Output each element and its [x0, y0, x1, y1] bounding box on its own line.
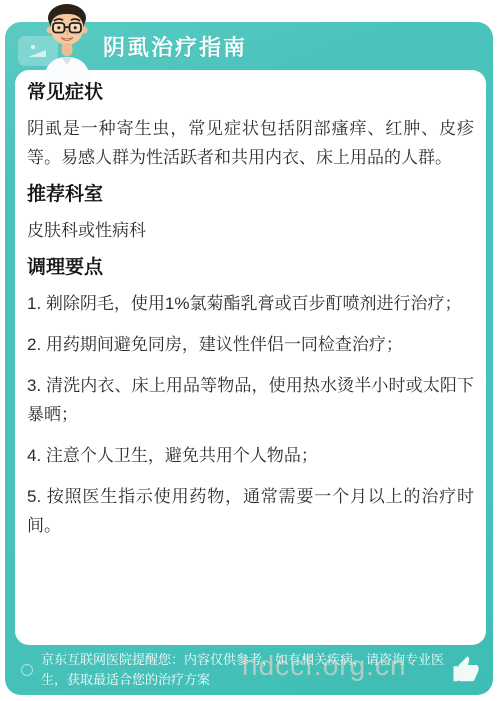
care-point-item: 2. 用药期间避免同房，建议性伴侣一同检查治疗；: [27, 330, 474, 359]
care-point-item: 1. 剃除阴毛，使用1%氯菊酯乳膏或百步酊喷剂进行治疗；: [27, 289, 474, 318]
page-title: 阴虱治疗指南: [103, 31, 247, 62]
care-point-item: 4. 注意个人卫生，避免共用个人物品；: [27, 441, 474, 470]
health-guide-poster: 阴虱治疗指南 常见症状 阴虱是一种寄生虫，常见症状包括阴部瘙痒、红肿、皮疹等。易…: [0, 0, 500, 701]
section-heading-care-points: 调理要点: [27, 257, 474, 279]
disclaimer-footer: 京东互联网医院提醒您：内容仅供参考，如有相关疾病，请咨询专业医生，获取最适合您的…: [5, 645, 493, 695]
care-point-item: 3. 清洗内衣、床上用品等物品，使用热水烫半小时或太阳下暴晒；: [27, 371, 474, 429]
doctor-avatar: [32, 2, 102, 82]
info-circle-icon: [21, 664, 33, 676]
department-text: 皮肤科或性病科: [27, 216, 474, 245]
symptoms-text: 阴虱是一种寄生虫，常见症状包括阴部瘙痒、红肿、皮疹等。易感人群为性活跃者和共用内…: [27, 114, 474, 172]
section-heading-department: 推荐科室: [27, 184, 474, 206]
care-point-item: 5. 按照医生指示使用药物，通常需要一个月以上的治疗时间。: [27, 482, 474, 540]
content-card: 常见症状 阴虱是一种寄生虫，常见症状包括阴部瘙痒、红肿、皮疹等。易感人群为性活跃…: [15, 70, 486, 645]
disclaimer-text: 京东互联网医院提醒您：内容仅供参考，如有相关疾病，请咨询专业医生，获取最适合您的…: [41, 650, 449, 690]
guide-frame: 阴虱治疗指南 常见症状 阴虱是一种寄生虫，常见症状包括阴部瘙痒、红肿、皮疹等。易…: [5, 22, 493, 695]
section-heading-symptoms: 常见症状: [27, 82, 474, 104]
thumbs-up-icon[interactable]: [451, 655, 481, 685]
